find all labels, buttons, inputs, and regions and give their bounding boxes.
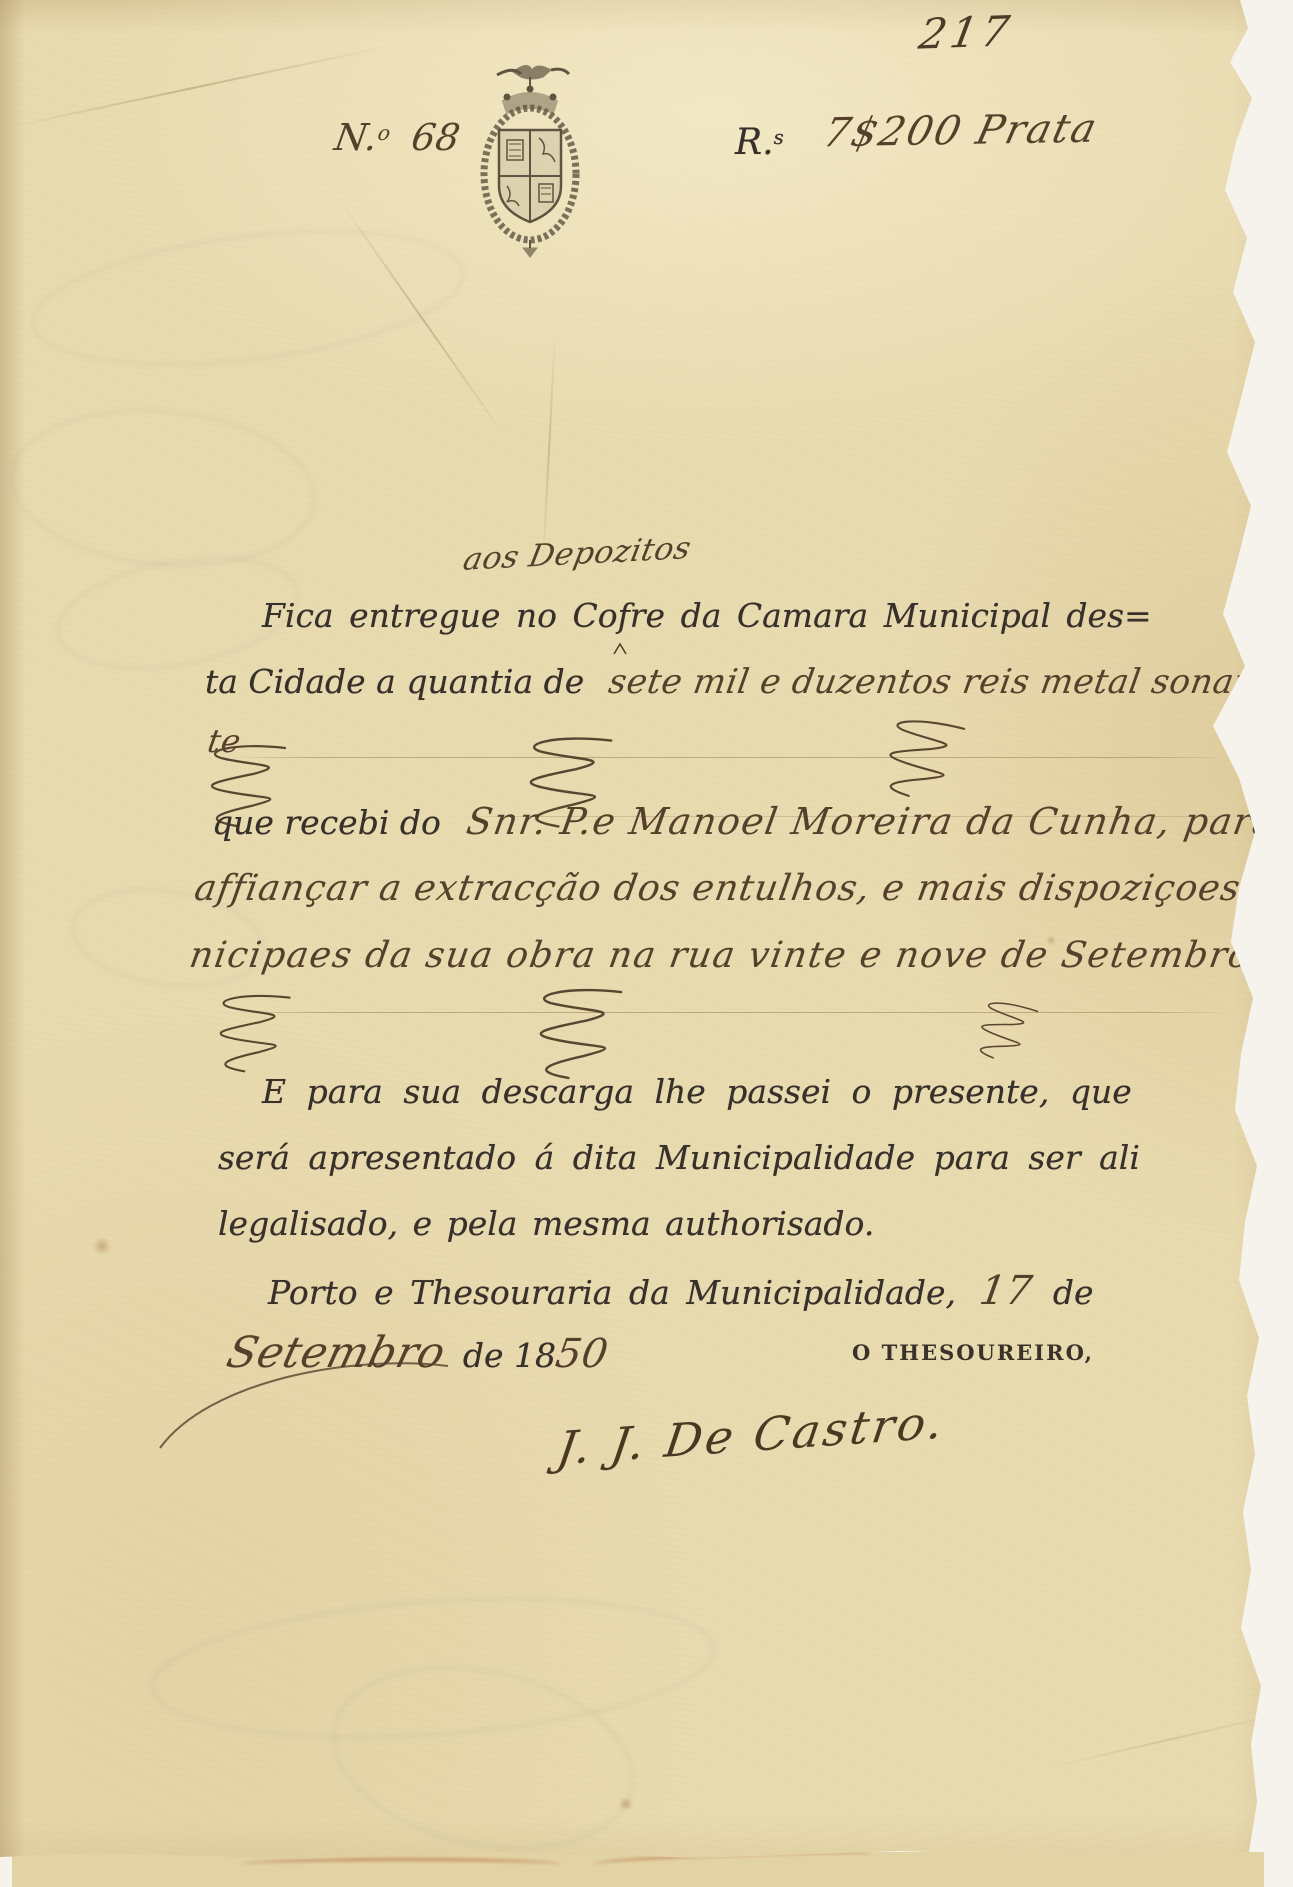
- closing-line3: legalisado, e pela mesma authorisado.: [218, 1204, 874, 1243]
- body-line4-manuscript: Snr. P.e Manoel Moreira da Cunha, para: [464, 800, 1280, 843]
- date-line: Porto e Thesouraria da Municipalidade, 1…: [268, 1268, 1094, 1314]
- document-number: N.o 68: [335, 116, 460, 159]
- currency-superscript: s: [774, 126, 784, 149]
- form-fill-line: [230, 1012, 1230, 1013]
- treasurer-label: O THESOUREIRO,: [852, 1340, 1094, 1365]
- body-line4-printed: que recebi do: [212, 803, 441, 842]
- foxing-spot: [92, 1238, 112, 1254]
- paper-crease: [1055, 1713, 1280, 1767]
- folio-number: 217: [915, 6, 1016, 58]
- body-line4: que recebi do Snr. P.e Manoel Moreira da…: [212, 800, 1277, 843]
- date-day: 17: [977, 1268, 1036, 1314]
- date-de: de: [1053, 1273, 1094, 1312]
- currency-label: R.s: [735, 122, 784, 163]
- scan-background: { "page": { "folio_number": "217" }, "he…: [0, 0, 1293, 1887]
- body-line2-printed: ta Cidade a quantia de: [205, 662, 584, 701]
- signature-flourish: [148, 1352, 468, 1462]
- body-line1: Fica entregue no Cofre da Camara Municip…: [262, 596, 1152, 635]
- body-line5: affiançar a extracção dos entulhos, e ma…: [192, 868, 1293, 909]
- paper-crease: [542, 330, 557, 570]
- form-fill-line: [230, 757, 1230, 758]
- closing-line1: E para sua descarga lhe passei o present…: [262, 1072, 1132, 1111]
- amount-value: 7$200 Prata: [819, 106, 1103, 157]
- closing-line2: será apresentado á dita Municipalidade p…: [218, 1138, 1140, 1177]
- interline-insertion: aos Depozitos: [460, 530, 694, 578]
- bleed-red-mark: [242, 1858, 562, 1871]
- insertion-caret-icon: [612, 642, 628, 655]
- number-label-superscript: o: [376, 121, 393, 145]
- body-line2-manuscript: sete mil e duzentos reis metal sonan=: [606, 662, 1289, 702]
- coat-of-arms-stamp-icon: [455, 58, 605, 258]
- currency-label-text: R.: [735, 122, 774, 163]
- next-page-edge: [12, 1852, 1264, 1887]
- ink-coil-flourish: [195, 992, 305, 1077]
- document-page: 217 N.o 68 R.s 7$200 Prata a: [0, 0, 1293, 1887]
- body-line6: nicipaes da sua obra na rua vinte e nove…: [187, 935, 1255, 976]
- date-year-manuscript: 50: [552, 1331, 611, 1377]
- number-label: N.: [332, 116, 382, 159]
- date-printed: Porto e Thesouraria da Municipalidade,: [268, 1273, 956, 1312]
- foxing-spot: [618, 1798, 634, 1810]
- date-year-printed: de 18: [463, 1336, 556, 1375]
- body-line2: ta Cidade a quantia de sete mil e duzent…: [205, 662, 1285, 702]
- paper-crease: [0, 45, 391, 130]
- bleed-through-ghost-writing: [24, 209, 472, 387]
- bleed-through-ghost-writing: [4, 397, 322, 579]
- treasurer-signature: J. J. De Castro.: [554, 1395, 950, 1476]
